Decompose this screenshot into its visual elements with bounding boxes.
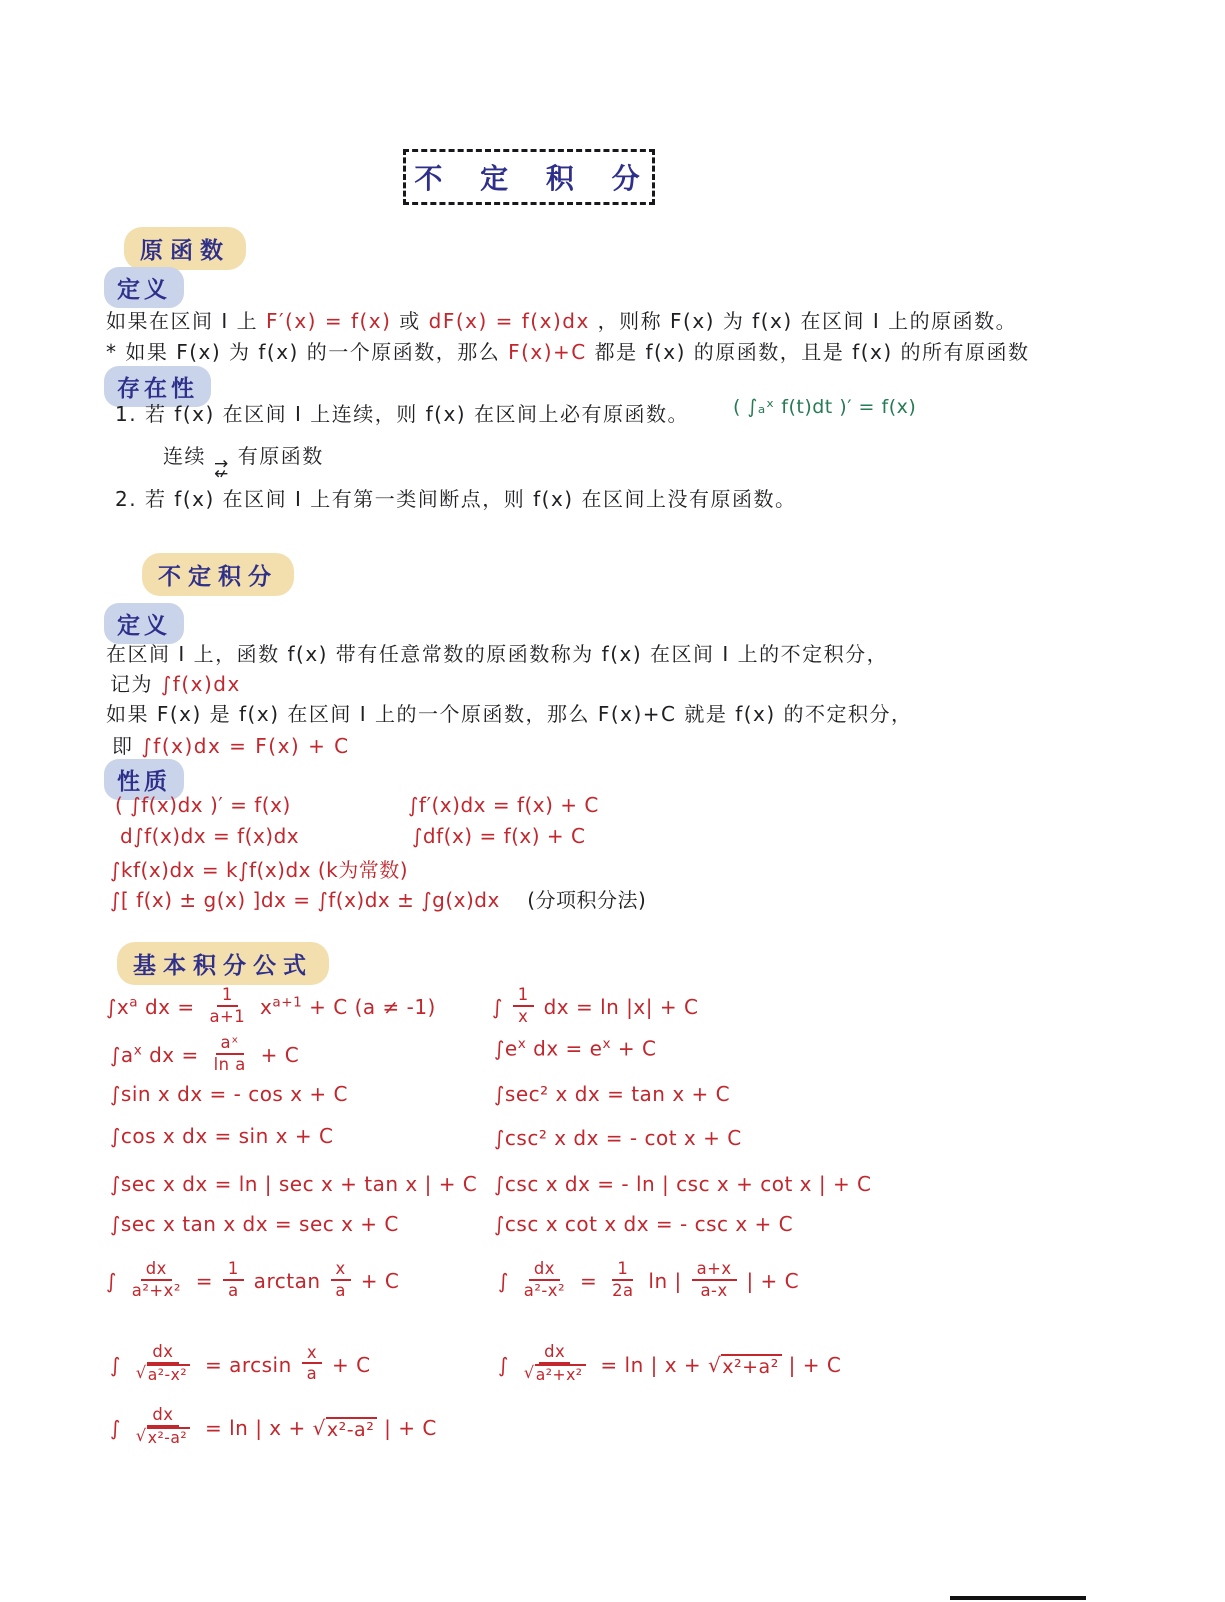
existence-item-1: 1. 若 f(x) 在区间 I 上连续，则 f(x) 在区间上必有原函数。: [115, 398, 689, 427]
formula-csc-cot: ∫csc x cot x dx = - csc x + C: [494, 1212, 793, 1236]
indefinite-definition-line4: 即 ∫f(x)dx = F(x) + C: [112, 730, 350, 759]
indefinite-definition-line2: 记为 ∫f(x)dx: [110, 668, 241, 697]
formula-sec-squared: ∫sec² x dx = tan x + C: [494, 1082, 730, 1106]
formula-sin: ∫sin x dx = - cos x + C: [110, 1082, 348, 1106]
formula-csc-squared: ∫csc² x dx = - cot x + C: [494, 1126, 742, 1150]
formula-ln-sqrt-x2-minus-a2: ∫ dx√x²-a² = ln | x + √x²-a² | + C: [110, 1408, 437, 1451]
formula-partial-fraction-ln: ∫ dxa²-x² = 12a ln | a+xa-x | + C: [498, 1262, 799, 1303]
continuity-arrow-note: 连续→↚有原函数: [163, 440, 324, 479]
antiderivative-definition-line1: 如果在区间 I 上 F′(x) = f(x) 或 dF(x) = f(x)dx …: [106, 305, 1017, 334]
formula-arctan: ∫ dxa²+x² = 1a arctan xa + C: [106, 1262, 399, 1303]
formula-power-rule: ∫xa dx = 1a+1 xa+1 + C (a ≠ -1): [106, 988, 436, 1029]
formula-arcsin: ∫ dx√a²-x² = arcsin xa + C: [110, 1345, 371, 1388]
indefinite-definition-line1: 在区间 I 上，函数 f(x) 带有任意常数的原函数称为 f(x) 在区间 I …: [106, 638, 888, 667]
indefinite-definition-line3: 如果 F(x) 是 f(x) 在区间 I 上的一个原函数，那么 F(x)+C 就…: [106, 698, 913, 727]
page-edge-mark: [950, 1596, 1086, 1600]
formula-ln-sqrt-x2-plus-a2: ∫ dx√a²+x² = ln | x + √x²+a² | + C: [498, 1345, 841, 1388]
formula-sec: ∫sec x dx = ln | sec x + tan x | + C: [110, 1172, 477, 1196]
prop-derivative-of-integral: ( ∫f(x)dx )′ = f(x): [115, 793, 291, 817]
formula-cos: ∫cos x dx = sin x + C: [110, 1124, 333, 1148]
formula-exponential-base-a: ∫ax dx = aˣln a + C: [110, 1036, 299, 1077]
prop-integral-of-derivative: ∫f′(x)dx = f(x) + C: [408, 793, 599, 817]
arrow-note-right: 有原函数: [238, 444, 324, 468]
formula-sec-tan: ∫sec x tan x dx = sec x + C: [110, 1212, 399, 1236]
arrow-note-left: 连续: [163, 444, 206, 468]
section-heading-indefinite-integral: 不定积分: [142, 553, 294, 596]
prop-constant-multiple: ∫kf(x)dx = k∫f(x)dx (k为常数): [110, 854, 408, 883]
antiderivative-definition-line2: * 如果 F(x) 为 f(x) 的一个原函数，那么 F(x)+C 都是 f(x…: [106, 336, 1030, 365]
section-heading-basic-formulas: 基本积分公式: [117, 942, 329, 985]
formula-csc: ∫csc x dx = - ln | csc x + cot x | + C: [494, 1172, 872, 1196]
formula-reciprocal: ∫ 1x dx = ln |x| + C: [492, 988, 698, 1029]
arrow-left-crossed-icon: ↚: [214, 469, 230, 479]
double-arrow-icon: →↚: [214, 459, 230, 479]
handwritten-notes-page: 不 定 积 分 原函数 定义 如果在区间 I 上 F′(x) = f(x) 或 …: [0, 0, 1225, 1602]
prop-sum-difference: ∫[ f(x) ± g(x) ]dx = ∫f(x)dx ± ∫g(x)dx (…: [110, 884, 646, 913]
label-definition-antiderivative: 定义: [104, 267, 184, 308]
section-heading-antiderivative: 原函数: [124, 227, 246, 270]
formula-exponential-e: ∫ex dx = ex + C: [494, 1036, 656, 1061]
prop-differential-of-integral: d∫f(x)dx = f(x)dx: [120, 824, 299, 848]
page-title: 不 定 积 分: [403, 149, 655, 205]
existence-item-1-annotation: ( ∫ₐˣ f(t)dt )′ = f(x): [733, 396, 916, 418]
existence-item-2: 2. 若 f(x) 在区间 I 上有第一类间断点，则 f(x) 在区间上没有原函…: [115, 483, 796, 512]
prop-integral-of-differential: ∫df(x) = f(x) + C: [412, 824, 586, 848]
